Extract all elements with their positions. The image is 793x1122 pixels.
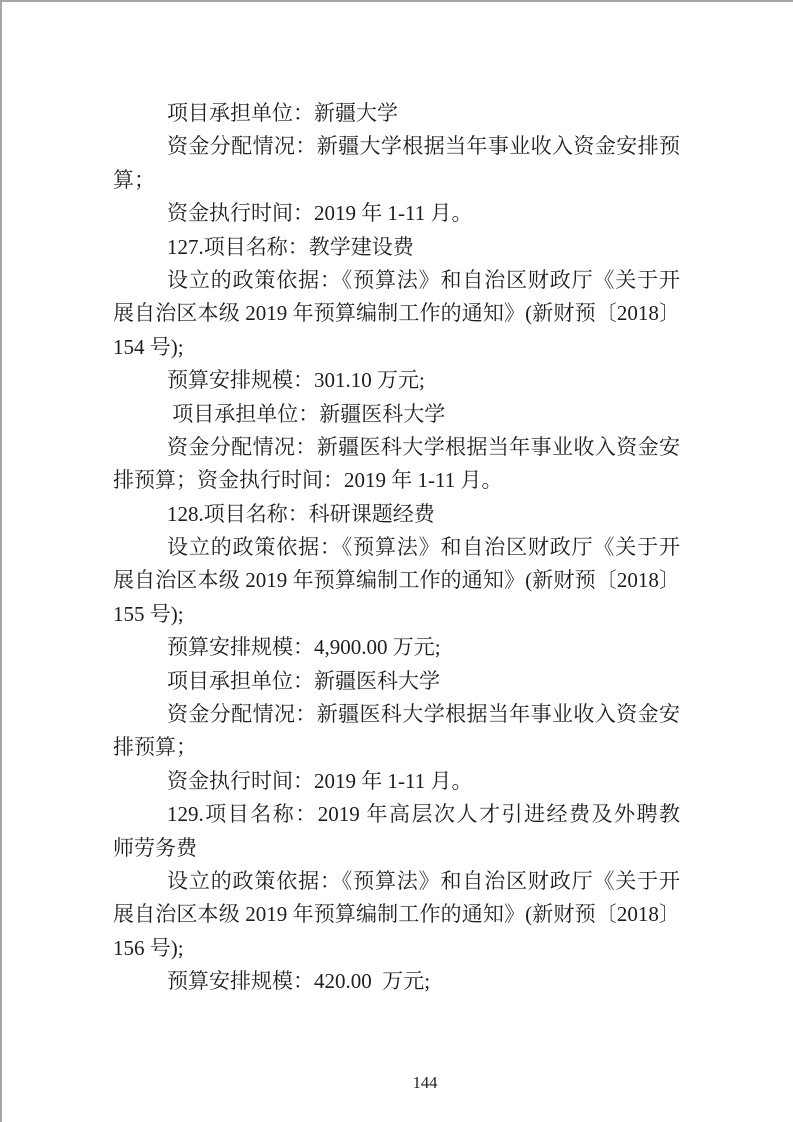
text-line: 128.项目名称：科研课题经费 — [113, 498, 680, 531]
document-page: { "page": { "number": "144", "background… — [0, 0, 793, 1122]
text-line: 展自治区本级 2019 年预算编制工作的通知》(新财预〔2018〕 — [113, 898, 680, 931]
text-line: 资金分配情况：新疆医科大学根据当年事业收入资金安 — [113, 431, 680, 464]
text-line: 项目承担单位：新疆大学 — [113, 97, 680, 130]
text-line: 设立的政策依据：《预算法》和自治区财政厅《关于开 — [113, 865, 680, 898]
text-line: 排预算； — [113, 731, 680, 764]
text-line: 展自治区本级 2019 年预算编制工作的通知》(新财预〔2018〕 — [113, 297, 680, 330]
text-line: 155 号); — [113, 598, 680, 631]
text-line: 设立的政策依据：《预算法》和自治区财政厅《关于开 — [113, 531, 680, 564]
text-line: 资金分配情况：新疆大学根据当年事业收入资金安排预 — [113, 130, 680, 163]
text-line: 资金分配情况：新疆医科大学根据当年事业收入资金安 — [113, 698, 680, 731]
text-line: 算； — [113, 164, 680, 197]
text-line: 127.项目名称：教学建设费 — [113, 231, 680, 264]
text-line: 设立的政策依据：《预算法》和自治区财政厅《关于开 — [113, 264, 680, 297]
text-line: 156 号); — [113, 932, 680, 965]
text-line: 资金执行时间：2019 年 1-11 月。 — [113, 197, 680, 230]
text-line: 排预算；资金执行时间：2019 年 1-11 月。 — [113, 464, 680, 497]
text-line: 项目承担单位：新疆医科大学 — [113, 398, 680, 431]
document-body: 项目承担单位：新疆大学资金分配情况：新疆大学根据当年事业收入资金安排预算；资金执… — [113, 97, 680, 999]
text-line: 预算安排规模：301.10 万元; — [113, 364, 680, 397]
text-line: 项目承担单位：新疆医科大学 — [113, 665, 680, 698]
text-line: 预算安排规模：4,900.00 万元; — [113, 631, 680, 664]
page-number: 144 — [407, 1072, 443, 1094]
text-line: 154 号); — [113, 331, 680, 364]
text-line: 资金执行时间：2019 年 1-11 月。 — [113, 765, 680, 798]
text-line: 师劳务费 — [113, 832, 680, 865]
text-line: 预算安排规模：420.00 万元; — [113, 965, 680, 998]
text-line: 展自治区本级 2019 年预算编制工作的通知》(新财预〔2018〕 — [113, 564, 680, 597]
text-line: 129.项目名称：2019 年高层次人才引进经费及外聘教 — [113, 798, 680, 831]
